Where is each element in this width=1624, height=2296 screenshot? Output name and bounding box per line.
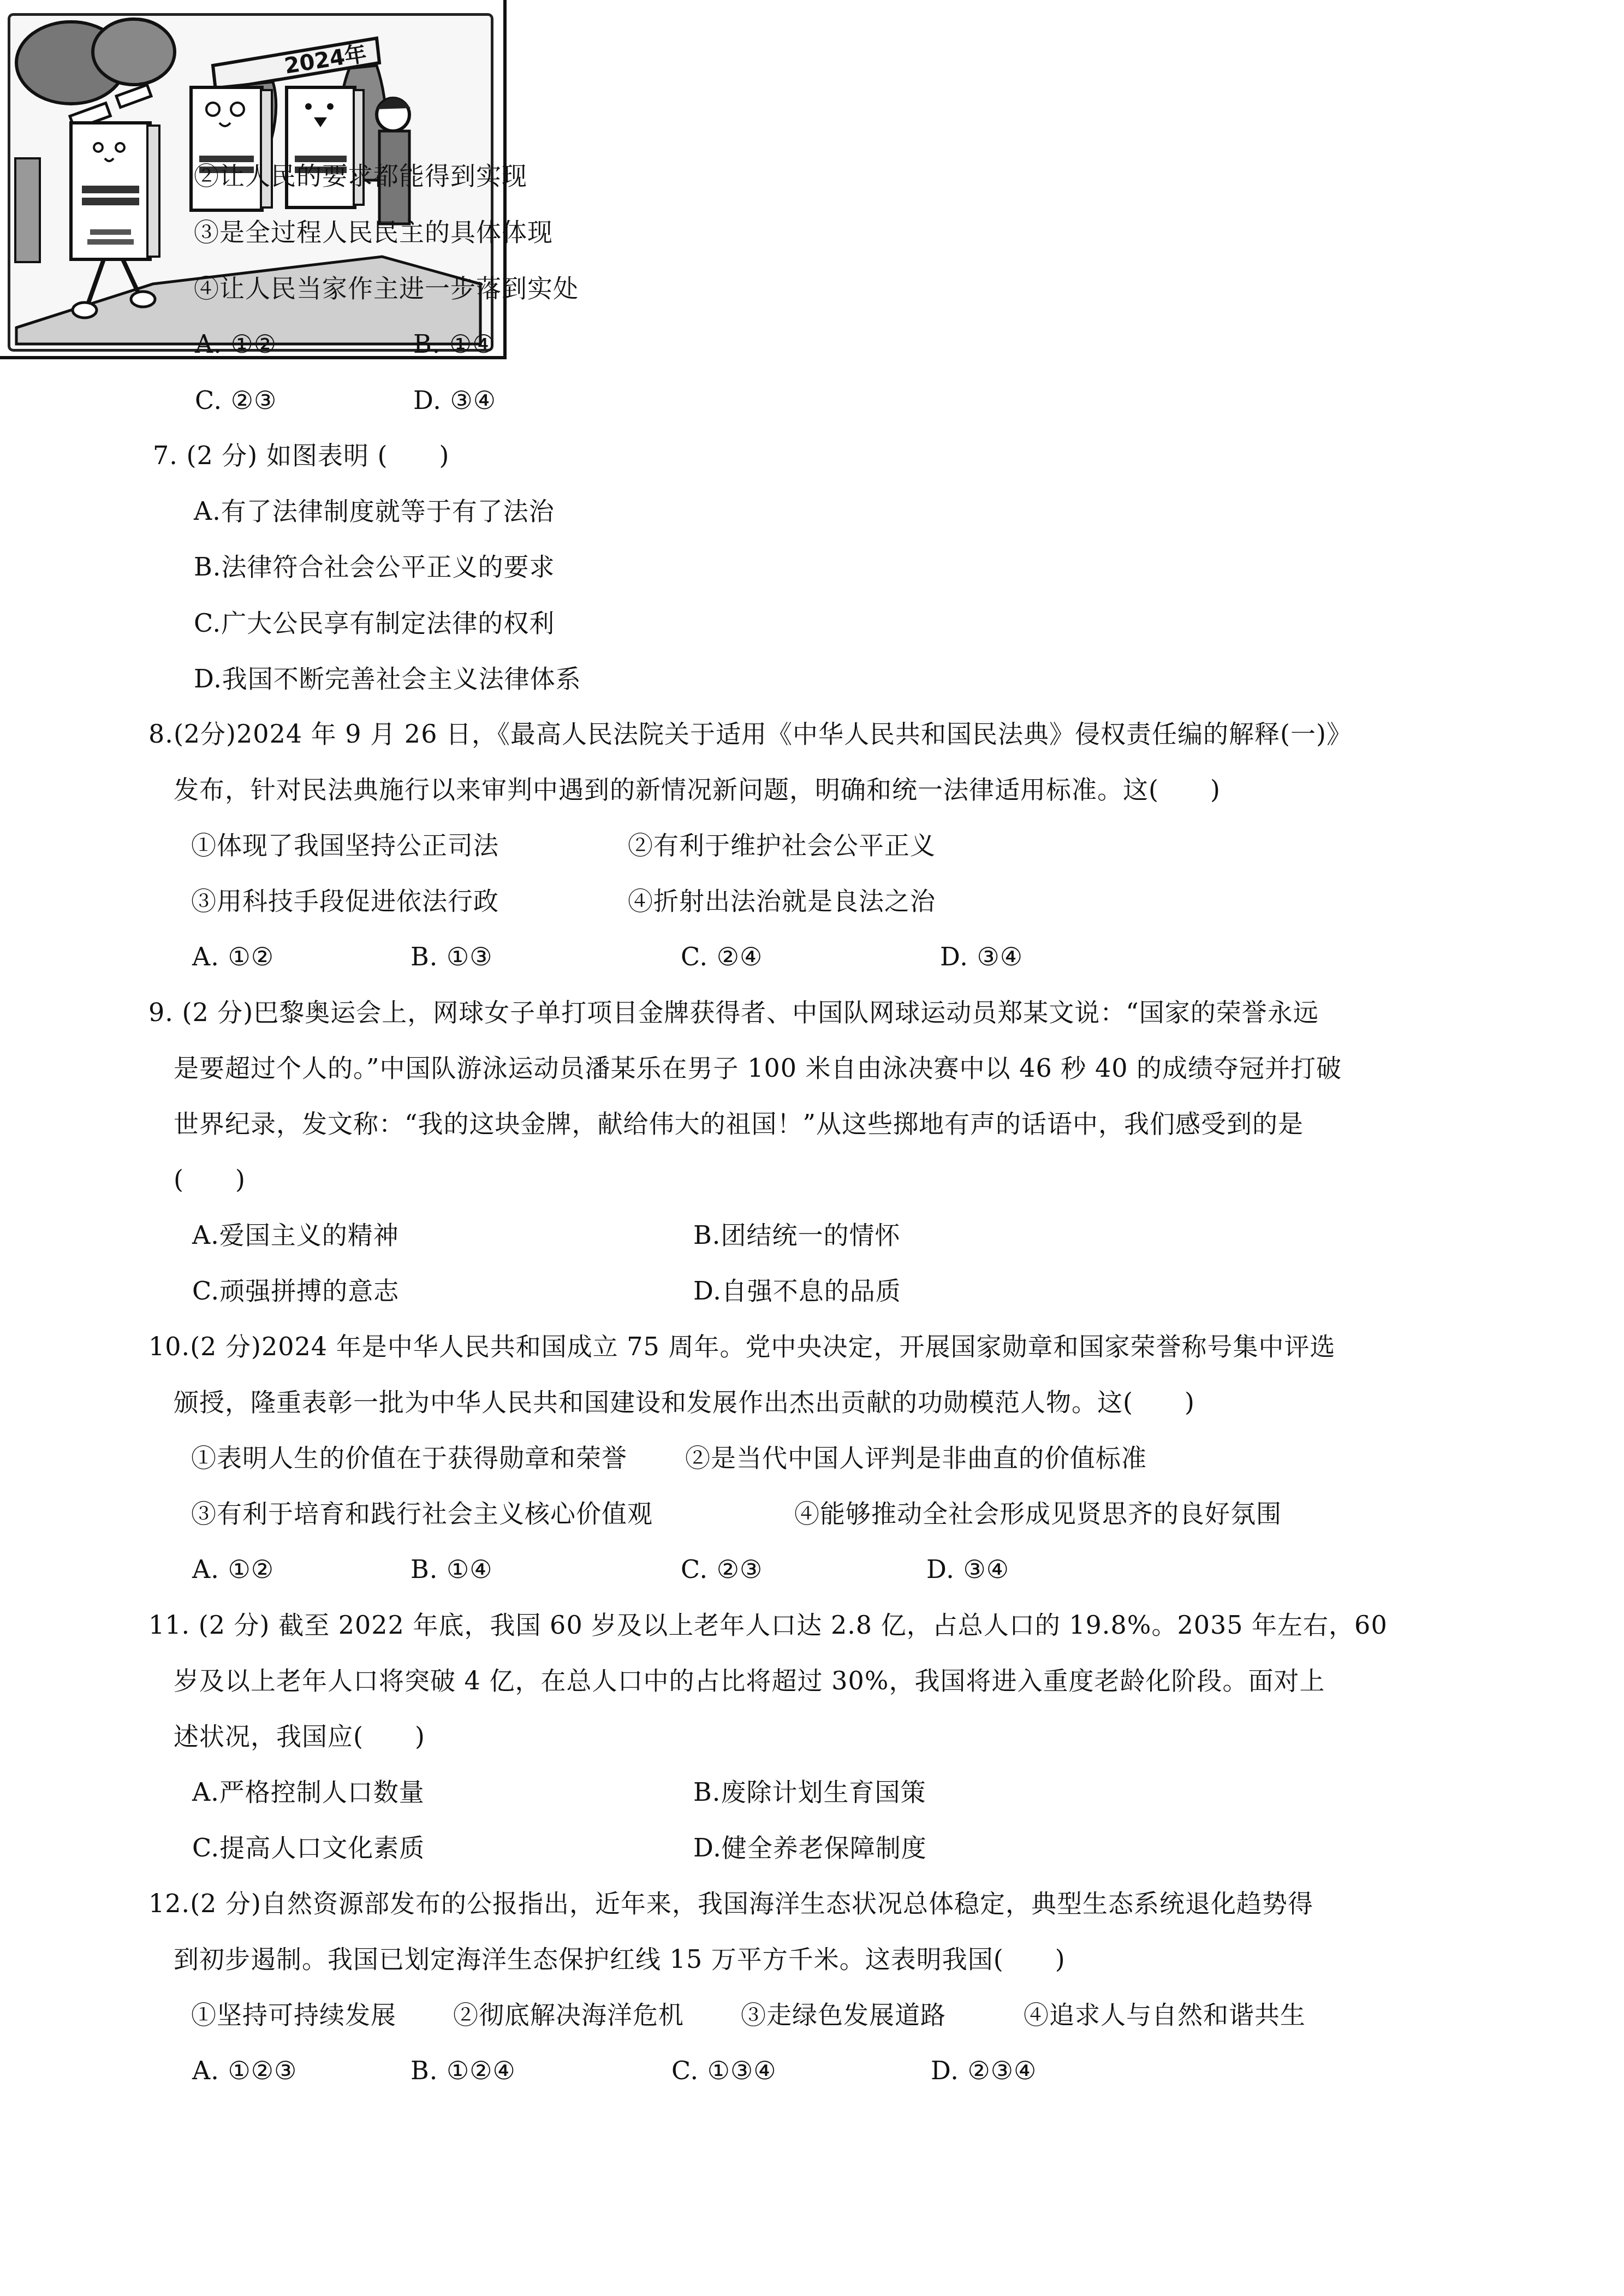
option-value: ③④: [977, 942, 1023, 971]
q12-statement-2: ②彻底解决海洋危机: [453, 2000, 684, 2030]
q10-statement-1: ①表明人生的价值在于获得勋章和荣誉: [191, 1443, 627, 1473]
option-label: A.: [192, 942, 219, 971]
q12-stem-line-2: 到初步遏制。我国已划定海洋生态保护红线 15 万平方千米。这表明我国( ): [174, 1944, 1066, 1974]
q9-option-b[interactable]: B.团结统一的情怀: [693, 1220, 900, 1250]
q10-option-b[interactable]: B. ①④: [411, 1554, 493, 1585]
q10-statement-4: ④能够推动全社会形成见贤思齐的良好氛围: [794, 1498, 1282, 1529]
q10-statement-3: ③有利于培育和践行社会主义核心价值观: [191, 1498, 653, 1529]
q10-statement-2: ②是当代中国人评判是非曲直的价值标准: [685, 1443, 1147, 1473]
q8-statement-2: ②有利于维护社会公平正义: [628, 830, 936, 861]
q10-option-d[interactable]: D. ③④: [926, 1554, 1009, 1585]
option-value: ①②: [228, 1555, 273, 1584]
q9-option-d[interactable]: D.自强不息的品质: [693, 1275, 901, 1306]
option-value: ①③④: [707, 2056, 777, 2085]
q11-option-d[interactable]: D.健全养老保障制度: [693, 1832, 927, 1863]
option-value: ①②④: [447, 2056, 516, 2085]
q6-statement-2: ②让人民的要求都能得到实现: [194, 161, 527, 191]
q9-stem-line-1: 9. (2 分)巴黎奥运会上，网球女子单打项目金牌获得者、中国队网球运动员郑某文…: [148, 997, 1319, 1028]
q9-option-a[interactable]: A.爱国主义的精神: [192, 1220, 399, 1250]
q6-option-d[interactable]: D. ③④: [413, 385, 496, 416]
q7-stem: 7. (2 分) 如图表明 ( ): [153, 440, 449, 471]
option-label: A.: [192, 2056, 219, 2085]
option-label: B.: [411, 1555, 438, 1584]
q12-stem-line-1: 12.(2 分)自然资源部发布的公报指出，近年来，我国海洋生态状况总体稳定，典型…: [148, 1888, 1313, 1919]
q9-stem-line-2: 是要超过个人的。”中国队游泳运动员潘某乐在男子 100 米自由泳决赛中以 46 …: [174, 1053, 1342, 1083]
q11-option-b[interactable]: B.废除计划生育国策: [693, 1777, 926, 1807]
option-value: ③④: [963, 1555, 1009, 1584]
option-value: ②④: [717, 942, 763, 971]
q12-option-b[interactable]: B. ①②④: [411, 2055, 516, 2086]
q8-option-d[interactable]: D. ③④: [940, 941, 1023, 972]
option-label: C.: [671, 2056, 699, 2085]
option-value: ③④: [450, 385, 496, 415]
q6-option-b[interactable]: B. ①④: [413, 329, 496, 359]
q12-option-c[interactable]: C. ①③④: [671, 2055, 777, 2086]
option-value: ①②: [230, 329, 276, 359]
q12-statement-3: ③走绿色发展道路: [741, 2000, 946, 2030]
option-value: ②③: [717, 1555, 763, 1584]
q8-option-a[interactable]: A. ①②: [192, 941, 274, 972]
option-label: D.: [413, 385, 442, 415]
q7-option-b[interactable]: B.法律符合社会公平正义的要求: [194, 551, 555, 582]
option-label: A.: [192, 1555, 219, 1584]
option-value: ②③④: [968, 2056, 1037, 2085]
option-value: ①④: [447, 1555, 492, 1584]
q11-stem-line-1: 11. (2 分) 截至 2022 年底，我国 60 岁及以上老年人口达 2.8…: [148, 1610, 1388, 1640]
option-label: B.: [411, 2056, 438, 2085]
q8-statement-4: ④折射出法治就是良法之治: [628, 886, 936, 916]
q7-option-a[interactable]: A.有了法律制度就等于有了法治: [194, 496, 555, 526]
option-value: ①④: [449, 329, 495, 359]
q6-statement-3: ③是全过程人民民主的具体体现: [194, 217, 553, 247]
q11-stem-line-2: 岁及以上老年人口将突破 4 亿，在总人口中的占比将超过 30%，我国将进入重度老…: [174, 1665, 1325, 1696]
q9-option-c[interactable]: C.顽强拼搏的意志: [192, 1275, 399, 1306]
q8-option-c[interactable]: C. ②④: [681, 941, 763, 972]
q8-statement-3: ③用科技手段促进依法行政: [191, 886, 499, 916]
option-label: B.: [413, 329, 441, 359]
q10-stem-line-2: 颁授，隆重表彰一批为中华人民共和国建设和发展作出杰出贡献的功勋模范人物。这( ): [174, 1387, 1195, 1417]
q8-stem-line-1: 8.(2分)2024 年 9 月 26 日，《最高人民法院关于适用《中华人民共和…: [148, 719, 1352, 749]
option-label: C.: [681, 942, 708, 971]
q7-option-c[interactable]: C.广大公民享有制定法律的权利: [194, 608, 555, 638]
option-label: C.: [195, 385, 222, 415]
option-value: ②③: [231, 385, 277, 415]
q12-statement-1: ①坚持可持续发展: [191, 2000, 396, 2030]
option-label: A.: [195, 329, 222, 359]
option-value: ①②③: [228, 2056, 297, 2085]
q10-stem-line-1: 10.(2 分)2024 年是中华人民共和国成立 75 周年。党中央决定，开展国…: [148, 1331, 1335, 1362]
q11-option-c[interactable]: C.提高人口文化素质: [192, 1832, 425, 1863]
q8-option-b[interactable]: B. ①③: [411, 941, 493, 972]
q11-option-a[interactable]: A.严格控制人口数量: [192, 1777, 425, 1807]
option-label: D.: [926, 1555, 955, 1584]
q9-stem-line-3: 世界纪录，发文称：“我的这块金牌，献给伟大的祖国！”从这些掷地有声的话语中，我们…: [174, 1108, 1304, 1139]
q8-statement-1: ①体现了我国坚持公正司法: [191, 830, 499, 861]
q10-option-c[interactable]: C. ②③: [681, 1554, 763, 1585]
option-value: ①②: [228, 942, 273, 971]
q11-stem-line-3: 述状况，我国应( ): [174, 1721, 425, 1752]
q6-option-a[interactable]: A. ①②: [195, 329, 277, 359]
q8-stem-line-2: 发布，针对民法典施行以来审判中遇到的新情况新问题，明确和统一法律适用标准。这( …: [174, 774, 1221, 805]
q7-option-d[interactable]: D.我国不断完善社会主义法律体系: [194, 663, 581, 694]
q12-option-a[interactable]: A. ①②③: [192, 2055, 297, 2086]
option-label: B.: [411, 942, 438, 971]
option-label: D.: [940, 942, 968, 971]
option-label: D.: [931, 2056, 959, 2085]
q12-statement-4: ④追求人与自然和谐共生: [1024, 2000, 1306, 2030]
q12-option-d[interactable]: D. ②③④: [931, 2055, 1037, 2086]
q9-answer-bracket: ( ): [174, 1164, 246, 1195]
q10-option-a[interactable]: A. ①②: [192, 1554, 274, 1585]
q6-option-c[interactable]: C. ②③: [195, 385, 277, 416]
option-value: ①③: [447, 942, 492, 971]
option-label: C.: [681, 1555, 708, 1584]
q6-statement-4: ④让人民当家作主进一步落到实处: [194, 273, 579, 304]
